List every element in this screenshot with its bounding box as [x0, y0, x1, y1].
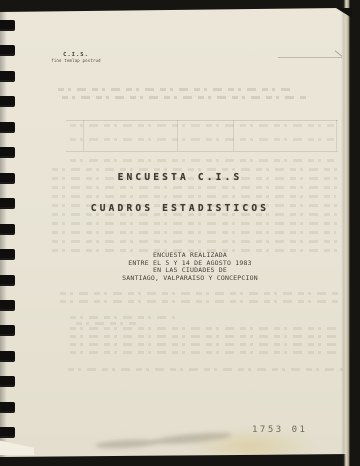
smudge: [95, 438, 157, 449]
binding-tooth: [0, 275, 15, 286]
binding-tooth: [0, 20, 15, 31]
ghost-table-line: [66, 151, 338, 152]
document-page: C.I.S. fine temlap postrud ENCUESTA C.I.…: [0, 8, 350, 458]
binding-tooth: [0, 96, 15, 107]
ghost-text-row: [70, 159, 334, 162]
binding-tooth: [0, 198, 15, 209]
ghost-text-row: [70, 343, 340, 346]
ghost-text-row: [60, 292, 340, 295]
ghost-text-row: [62, 96, 307, 99]
binding-tooth: [0, 122, 15, 133]
main-title: ENCUESTA C.I.S: [10, 172, 350, 183]
binding-tooth: [0, 300, 15, 311]
ghost-text-row: [68, 368, 343, 371]
ghost-text-row: [76, 322, 136, 325]
ghost-text-row: [70, 124, 334, 127]
ghost-text-row: [52, 186, 342, 189]
ghost-text-row: [52, 168, 342, 171]
page-stack-edge: [341, 0, 350, 466]
ghost-table-divider: [177, 120, 178, 151]
ghost-text-row: [70, 327, 340, 330]
ghost-text-row: [52, 222, 342, 225]
pen-mark: [278, 57, 342, 58]
stamp-subtext: fine temlap postrud: [40, 58, 112, 63]
ghost-table-line: [66, 120, 338, 121]
info-line: SANTIAGO, VALPARAISO Y CONCEPCION: [15, 275, 360, 283]
binding-tooth: [0, 427, 15, 438]
ghost-text-row: [70, 351, 340, 354]
binding-tooth: [0, 249, 15, 260]
binding-tooth: [0, 71, 15, 82]
cis-stamp: C.I.S. fine temlap postrud: [40, 52, 112, 63]
ghost-text-row: [70, 335, 340, 338]
binding-tooth: [0, 325, 15, 336]
ghost-text-row: [70, 138, 334, 141]
binding-tooth: [0, 351, 15, 362]
ghost-text-row: [70, 316, 175, 319]
ghost-text-row: [60, 300, 340, 303]
binding-tooth: [0, 147, 15, 158]
scanned-document: C.I.S. fine temlap postrud ENCUESTA C.I.…: [0, 0, 360, 466]
stain: [185, 428, 317, 464]
binding-tooth: [0, 224, 15, 235]
ghost-text-row: [52, 240, 342, 243]
ghost-text-row: [52, 195, 336, 198]
survey-info-block: ENCUESTA REALIZADA ENTRE EL 5 Y 14 DE AG…: [15, 252, 360, 282]
subtitle: CUADROS ESTADISTICOS: [10, 203, 350, 214]
binding-tooth: [0, 173, 15, 184]
ghost-table-divider: [83, 120, 84, 151]
ghost-text-row: [58, 88, 293, 91]
binding-tooth: [0, 45, 15, 56]
binding-tooth: [0, 402, 15, 413]
ghost-text-row: [52, 231, 336, 234]
binding-tooth: [0, 376, 15, 387]
ghost-table-divider: [336, 120, 337, 151]
ghost-table-divider: [233, 120, 234, 151]
